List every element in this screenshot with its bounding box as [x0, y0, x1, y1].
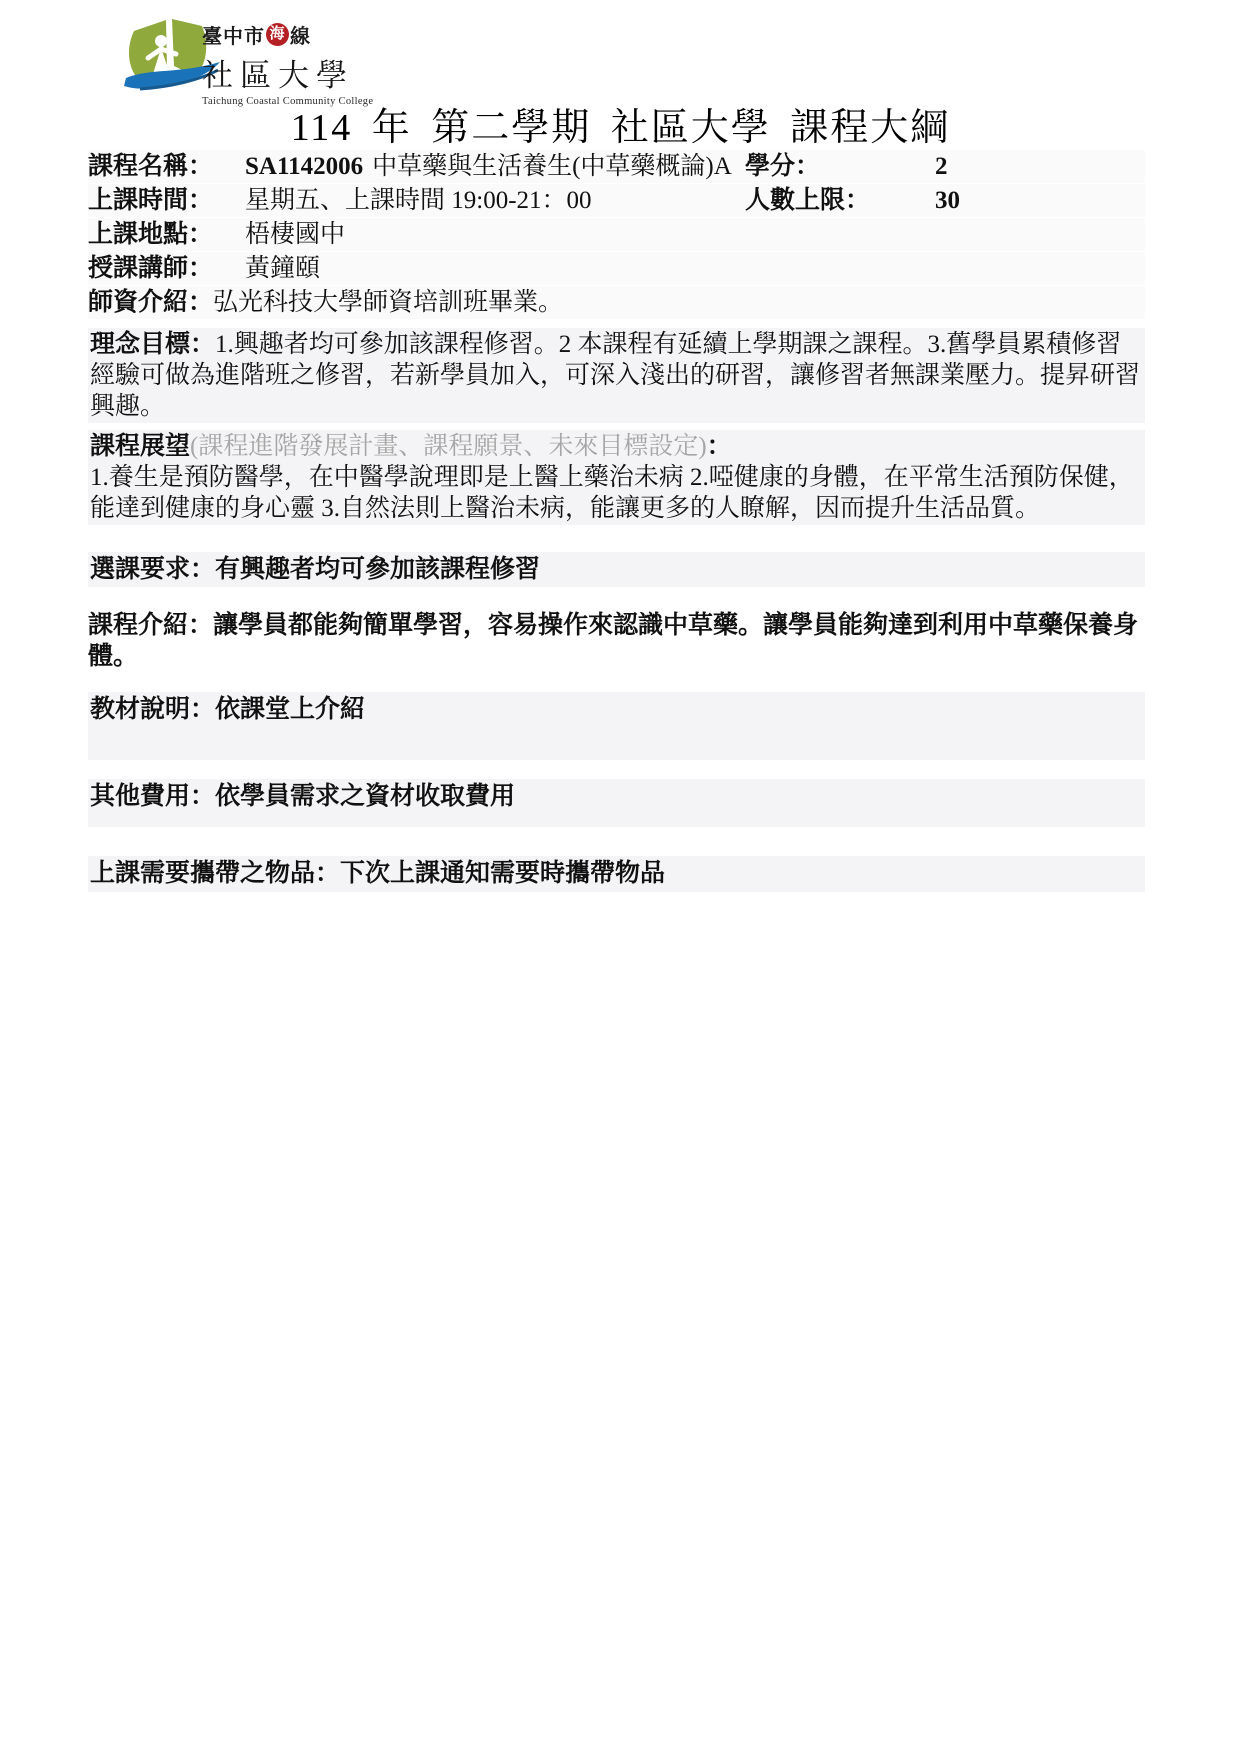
goals-section: 理念目標：1.興趣者均可參加該課程修習。2 本課程有延續上學期課之課程。3.舊學… [88, 328, 1145, 423]
goals-body: 1.興趣者均可參加該課程修習。2 本課程有延續上學期課之課程。3.舊學員累積修習… [90, 331, 1140, 420]
school-region-name: 臺中市 海 線 [202, 20, 373, 49]
logo-figure-head [155, 35, 167, 47]
class-time-label: 上課時間： [88, 185, 245, 216]
course-code: SA1142006 [245, 153, 363, 180]
course-name-value: SA1142006中草藥與生活養生(中草藥概論)A [245, 151, 745, 182]
course-syllabus-page: 臺中市 海 線 社區大學 Taichung Coastal Community … [0, 0, 1241, 1754]
fees-label: 其他費用： [90, 783, 215, 810]
requirement-label: 選課要求： [90, 556, 215, 583]
credits-label: 學分： [745, 151, 935, 182]
course-name-label: 課程名稱： [88, 151, 245, 182]
requirement-body: 有興趣者均可參加該課程修習 [215, 556, 540, 583]
capacity-value: 30 [935, 185, 960, 216]
credits-value: 2 [935, 151, 948, 182]
materials-body: 依課堂上介紹 [215, 696, 365, 723]
school-logo: 臺中市 海 線 社區大學 Taichung Coastal Community … [122, 12, 392, 98]
school-region-prefix: 臺中市 [202, 20, 265, 49]
class-time-row: 上課時間： 星期五、上課時間 19:00-21：00 人數上限： 30 [88, 184, 1145, 218]
capacity-label: 人數上限： [745, 185, 935, 216]
outlook-label: 課程展望 [90, 433, 190, 460]
course-name-row: 課程名稱： SA1142006中草藥與生活養生(中草藥概論)A 學分： 2 [88, 150, 1145, 184]
outlook-body: 1.養生是預防醫學，在中醫學說理即是上醫上藥治未病 2.啞健康的身體，在平常生活… [90, 462, 1143, 524]
instructor-label: 授課講師： [88, 253, 245, 284]
materials-label: 教材說明： [90, 696, 215, 723]
school-region-suffix: 線 [290, 20, 311, 49]
intro-body: 讓學員都能夠簡單學習，容易操作來認識中草藥。讓學員能夠達到利用中草藥保養身體。 [88, 612, 1138, 670]
page-title: 114 年 第二學期 社區大學 課程大綱 [0, 96, 1241, 151]
teacher-intro-value: 弘光科技大學師資培訓班畢業。 [213, 287, 563, 318]
items-body: 下次上課通知需要時攜帶物品 [340, 860, 665, 887]
instructor-value: 黃鐘頤 [245, 253, 745, 284]
teacher-intro-label: 師資介紹： [88, 287, 213, 318]
materials-section: 教材說明：依課堂上介紹 [88, 692, 1145, 760]
goals-label: 理念目標： [90, 331, 215, 358]
instructor-row: 授課講師： 黃鐘頤 [88, 252, 1145, 286]
location-label: 上課地點： [88, 219, 245, 250]
outlook-note: (課程進階發展計畫、課程願景、未來目標設定) [190, 433, 707, 460]
items-label: 上課需要攜帶之物品： [90, 860, 340, 887]
course-title: 中草藥與生活養生(中草藥概論)A [372, 153, 732, 180]
outlook-heading: 課程展望(課程進階發展計畫、課程願景、未來目標設定)： [90, 431, 1143, 462]
teacher-intro-row: 師資介紹： 弘光科技大學師資培訓班畢業。 [88, 286, 1145, 320]
intro-label: 課程介紹： [88, 612, 213, 639]
sea-character-badge: 海 [266, 23, 289, 46]
class-time-value: 星期五、上課時間 19:00-21：00 [245, 185, 745, 216]
intro-section: 課程介紹：讓學員都能夠簡單學習，容易操作來認識中草藥。讓學員能夠達到利用中草藥保… [88, 610, 1145, 672]
syllabus-content: 課程名稱： SA1142006中草藥與生活養生(中草藥概論)A 學分： 2 上課… [88, 150, 1145, 892]
outlook-section: 課程展望(課程進階發展計畫、課程願景、未來目標設定)： 1.養生是預防醫學，在中… [88, 430, 1145, 525]
location-row: 上課地點： 梧棲國中 [88, 218, 1145, 252]
fees-section: 其他費用：依學員需求之資材收取費用 [88, 779, 1145, 827]
outlook-colon: ： [707, 433, 732, 460]
fees-body: 依學員需求之資材收取費用 [215, 783, 515, 810]
school-name: 社區大學 [202, 50, 373, 95]
requirement-section: 選課要求：有興趣者均可參加該課程修習 [88, 552, 1145, 587]
items-to-bring-section: 上課需要攜帶之物品：下次上課通知需要時攜帶物品 [88, 856, 1145, 892]
school-logo-text: 臺中市 海 線 社區大學 Taichung Coastal Community … [202, 20, 373, 107]
location-value: 梧棲國中 [245, 219, 745, 250]
